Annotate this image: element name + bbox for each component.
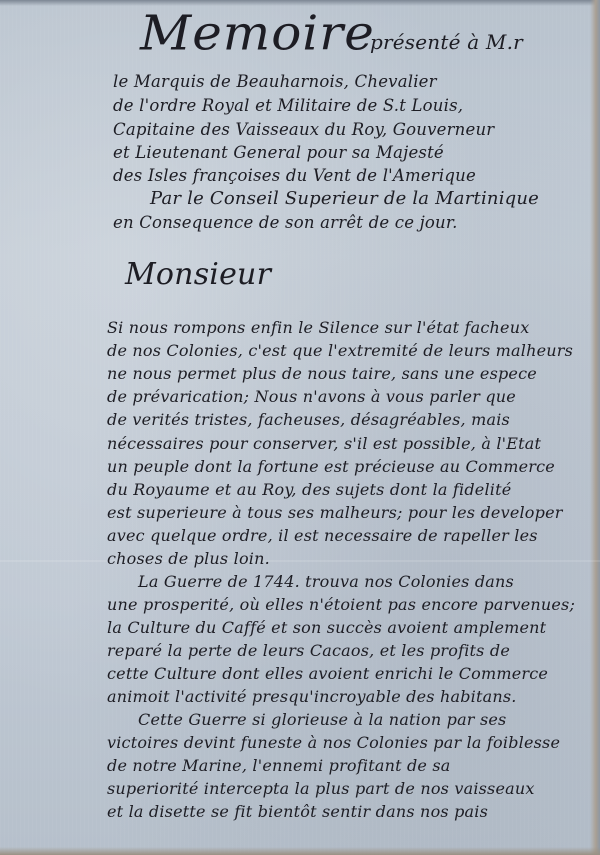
- page-edge-bottom: [0, 847, 600, 855]
- body-line: de verités tristes, facheuses, désagréab…: [107, 410, 510, 429]
- body-line: animoit l'activité presqu'incroyable des…: [107, 687, 517, 706]
- document-title: Memoire: [140, 6, 375, 61]
- body-line: de notre Marine, l'ennemi profitant de s…: [107, 756, 451, 775]
- body-line: superiorité intercepta la plus part de n…: [107, 779, 535, 798]
- body-line: de prévarication; Nous n'avons à vous pa…: [107, 387, 516, 406]
- body-line: est superieure à tous ses malheurs; pour…: [107, 503, 563, 522]
- salutation: Monsieur: [125, 257, 271, 292]
- body-paragraph-start: Cette Guerre si glorieuse à la nation pa…: [138, 710, 506, 729]
- paper-fold: [0, 560, 600, 562]
- address-line: Capitaine des Vaisseaux du Roy, Gouverne…: [113, 120, 494, 139]
- address-line: en Consequence de son arrêt de ce jour.: [113, 213, 458, 232]
- body-line: nécessaires pour conserver, s'il est pos…: [107, 434, 541, 453]
- address-line: et Lieutenant General pour sa Majesté: [113, 143, 444, 162]
- body-line: choses de plus loin.: [107, 549, 270, 568]
- body-line: Si nous rompons enfin le Silence sur l'é…: [107, 318, 529, 337]
- body-line: avec quelque ordre, il est necessaire de…: [107, 526, 538, 545]
- body-line: et la disette se fit bientôt sentir dans…: [107, 802, 488, 821]
- body-paragraph-start: La Guerre de 1744. trouva nos Colonies d…: [138, 572, 514, 591]
- document-title-dedication: présenté à M.r: [370, 30, 523, 54]
- body-line: un peuple dont la fortune est précieuse …: [107, 457, 555, 476]
- manuscript-page: Memoire présenté à M.r le Marquis de Bea…: [0, 0, 600, 855]
- body-line: ne nous permet plus de nous taire, sans …: [107, 364, 537, 383]
- body-line: reparé la perte de leurs Cacaos, et les …: [107, 641, 510, 660]
- body-line: une prosperité, où elles n'étoient pas e…: [107, 595, 575, 614]
- body-line: du Royaume et au Roy, des sujets dont la…: [107, 480, 511, 499]
- page-edge-right: [590, 0, 600, 855]
- address-line: de l'ordre Royal et Militaire de S.t Lou…: [113, 96, 463, 115]
- address-line: le Marquis de Beauharnois, Chevalier: [113, 72, 437, 91]
- address-line: des Isles françoises du Vent de l'Ameriq…: [113, 166, 476, 185]
- body-line: cette Culture dont elles avoient enrichi…: [107, 664, 548, 683]
- body-line: la Culture du Caffé et son succès avoien…: [107, 618, 546, 637]
- address-line-council: Par le Conseil Superieur de la Martiniqu…: [150, 188, 539, 209]
- body-line: victoires devint funeste à nos Colonies …: [107, 733, 560, 752]
- body-line: de nos Colonies, c'est que l'extremité d…: [107, 341, 573, 360]
